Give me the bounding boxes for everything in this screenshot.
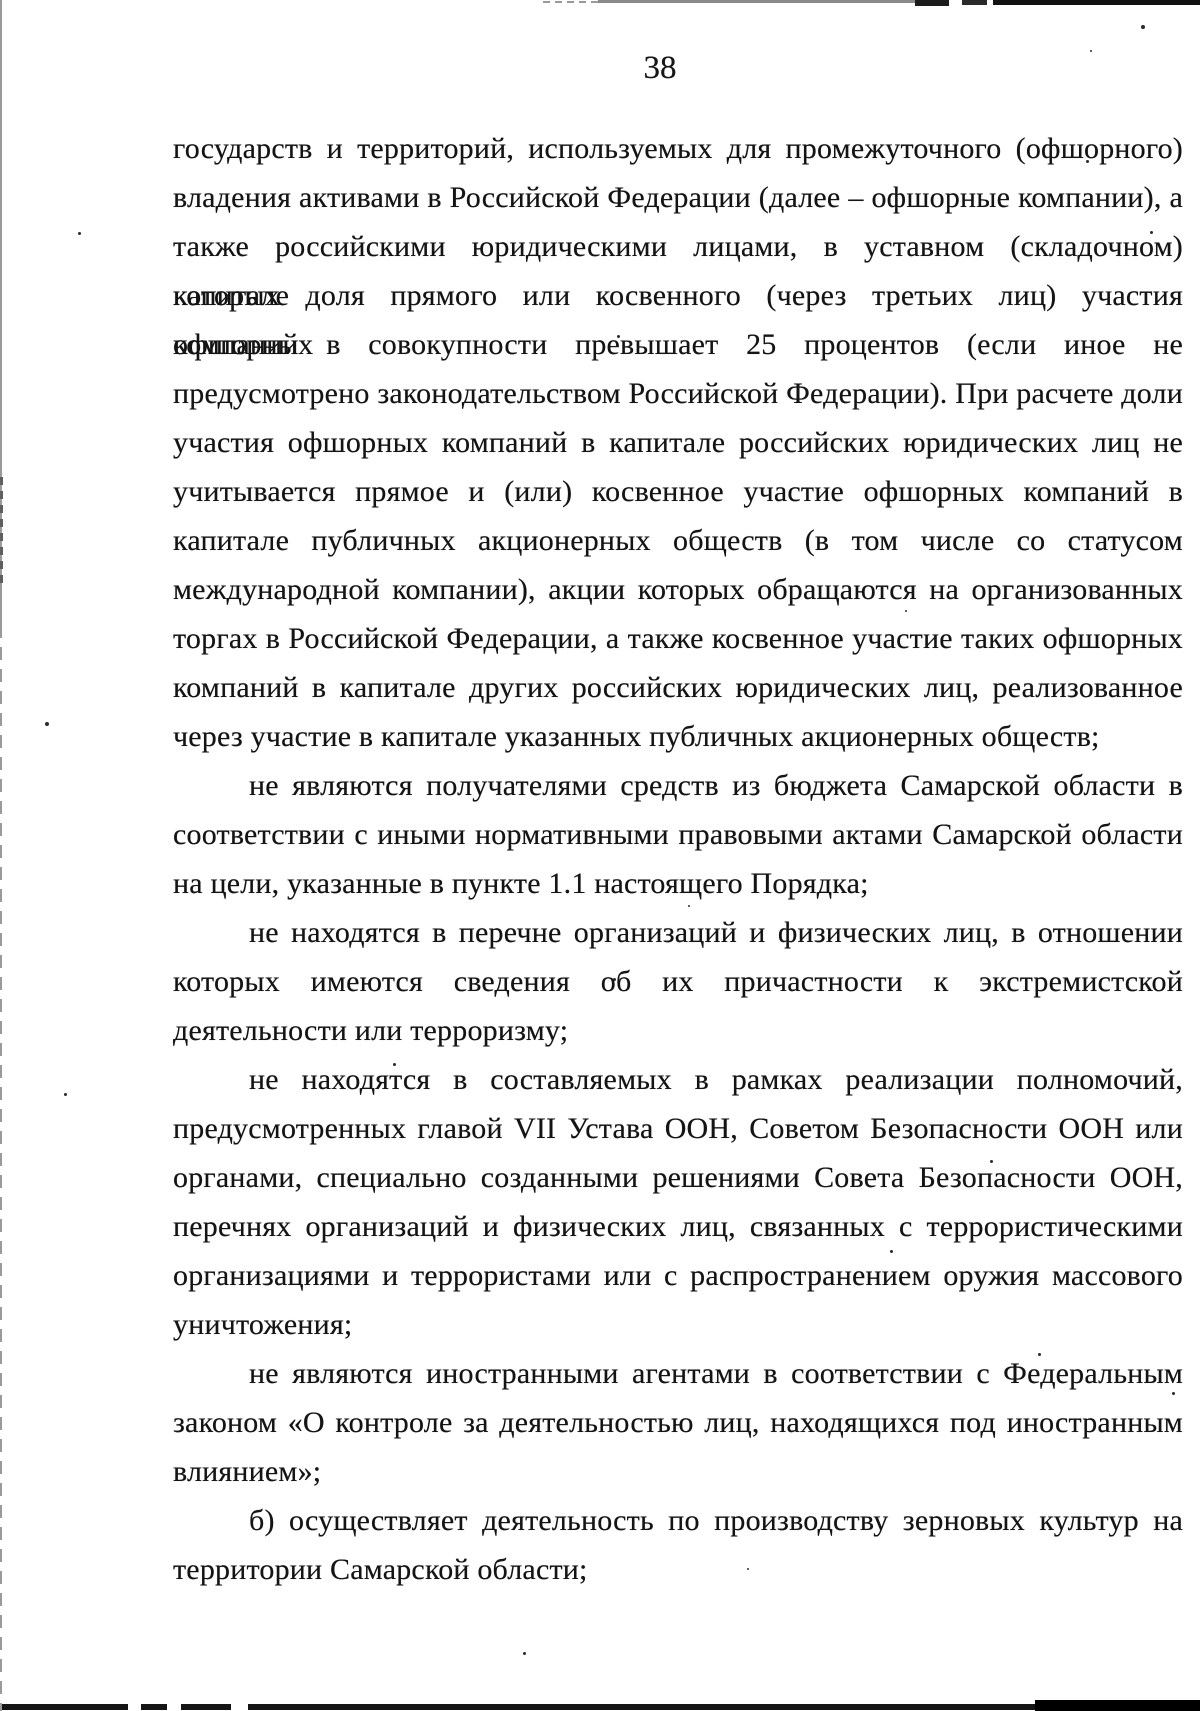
scanned-document-page: { "page": { "number": "38" }, "document"… xyxy=(0,0,1200,1711)
text-line: предусмотренных главой VII Устава ООН, С… xyxy=(173,1104,1183,1153)
text-line: торгах в Российской Федерации, а также к… xyxy=(173,614,1183,663)
scan-artifact-bottom-band-thick xyxy=(1035,1700,1200,1711)
text-line: уничтожения; xyxy=(173,1300,1183,1349)
scan-artifact-bottom-band-gap-3 xyxy=(231,1704,248,1710)
text-line: участия офшорных компаний в капитале рос… xyxy=(173,418,1183,467)
scan-artifact-bottom-band-gap-1 xyxy=(128,1704,141,1710)
text-line: которых имеются сведения об их причастно… xyxy=(173,957,1183,1006)
text-line: компаний в капитале других российских юр… xyxy=(173,663,1183,712)
text-line: законом «О контроле за деятельностью лиц… xyxy=(173,1398,1183,1447)
text-line: капитале публичных акционерных обществ (… xyxy=(173,516,1183,565)
document-text-block: государств и территорий, используемых дл… xyxy=(173,124,1183,1594)
text-line: территории Самарской области; xyxy=(173,1545,1183,1594)
text-line: не являются получателями средств из бюдж… xyxy=(173,761,1183,810)
scan-artifact-bottom-band-gap-2 xyxy=(167,1704,181,1710)
scan-noise-speck xyxy=(45,722,49,726)
scan-noise-speck xyxy=(64,1093,67,1096)
scan-artifact-top-band-black-1 xyxy=(915,0,949,6)
text-line: не находятся в составляемых в рамках реа… xyxy=(173,1055,1183,1104)
text-line: предусмотрено законодательством Российск… xyxy=(173,369,1183,418)
text-line: на цели, указанные в пункте 1.1 настояще… xyxy=(173,859,1183,908)
text-line: деятельности или терроризму; xyxy=(173,1006,1183,1055)
text-line: не являются иностранными агентами в соот… xyxy=(173,1349,1183,1398)
text-line: соответствии с иными нормативными правов… xyxy=(173,810,1183,859)
text-line: через участие в капитале указанных публи… xyxy=(173,712,1183,761)
text-line: международной компании), акции которых о… xyxy=(173,565,1183,614)
scan-artifact-left-edge-dashes-dark xyxy=(0,477,3,585)
scan-artifact-top-band-black-2 xyxy=(962,0,987,5)
text-line: компаний в совокупности превышает 25 про… xyxy=(173,320,1183,369)
text-line: владения активами в Российской Федерации… xyxy=(173,173,1183,222)
text-line: организациями и террористами или с распр… xyxy=(173,1251,1183,1300)
text-line: не находятся в перечне организаций и физ… xyxy=(173,908,1183,957)
text-line: также российскими юридическими лицами, в… xyxy=(173,222,1183,271)
text-line: учитывается прямое и (или) косвенное уча… xyxy=(173,467,1183,516)
text-line: органами, специально созданными решениям… xyxy=(173,1153,1183,1202)
text-line: государств и территорий, используемых дл… xyxy=(173,124,1183,173)
scan-noise-speck xyxy=(1141,25,1145,29)
page-number: 38 xyxy=(160,50,1160,87)
text-line: которых доля прямого или косвенного (чер… xyxy=(173,271,1183,320)
scan-artifact-left-edge-dashes xyxy=(0,625,2,1711)
text-line: влиянием»; xyxy=(173,1447,1183,1496)
scan-noise-speck xyxy=(523,1652,526,1655)
scan-artifact-top-band-gray xyxy=(598,0,916,3)
scan-noise-speck xyxy=(78,232,81,235)
text-line: перечнях организаций и физических лиц, с… xyxy=(173,1202,1183,1251)
scan-artifact-top-band-dashes xyxy=(543,1,599,3)
scan-artifact-top-band-black-3 xyxy=(993,0,1200,5)
text-line: б) осуществляет деятельность по производ… xyxy=(173,1496,1183,1545)
